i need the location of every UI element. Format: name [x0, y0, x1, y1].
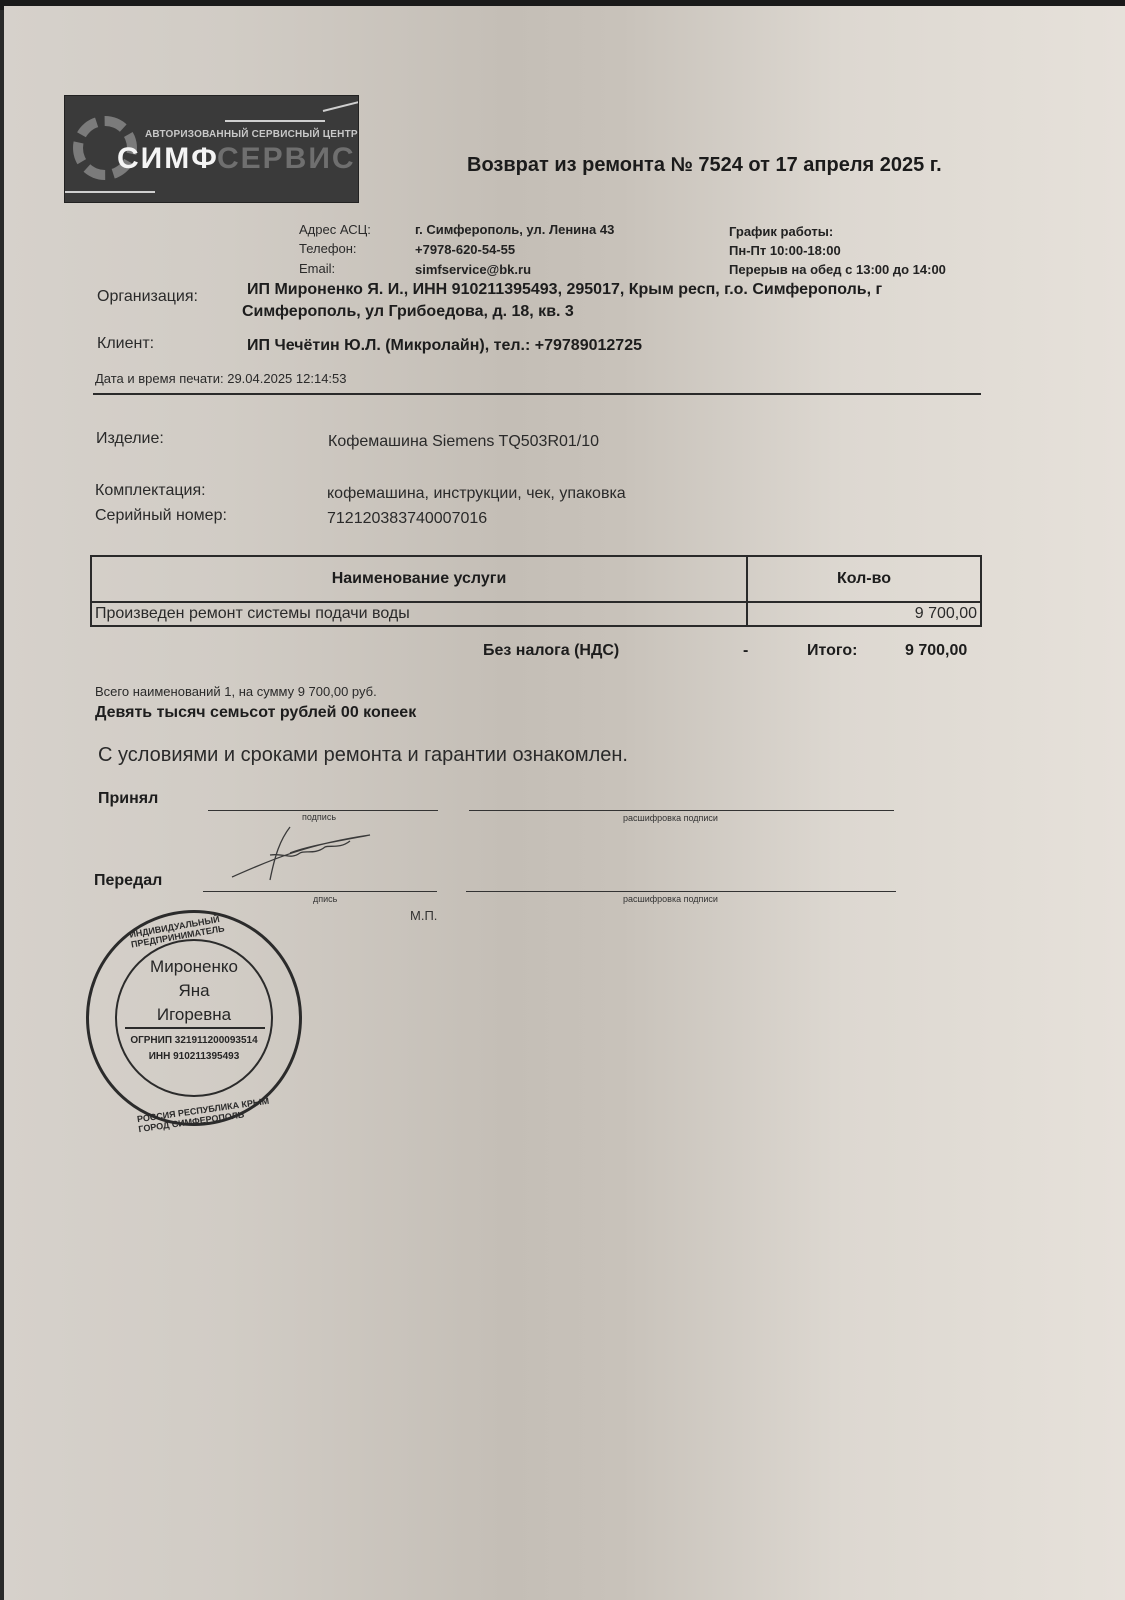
items-count-summary: Всего наименований 1, на сумму 9 700,00 …	[95, 684, 377, 699]
item-value: Кофемашина Siemens TQ503R01/10	[328, 433, 599, 451]
service-name-cell: Произведен ремонт системы подачи воды	[91, 602, 747, 626]
decoding-caption: расшифровка подписи	[623, 894, 718, 904]
column-header-service: Наименование услуги	[91, 556, 747, 602]
total-value: 9 700,00	[905, 642, 967, 660]
stamp-name-line1: Мироненко	[89, 957, 299, 977]
email-value: simfservice@bk.ru	[415, 262, 531, 277]
handwritten-signature	[230, 825, 380, 885]
stamp-inn: ИНН 910211395493	[89, 1051, 299, 1062]
schedule-value: Пн-Пт 10:00-18:00	[729, 243, 841, 258]
decoding-caption: расшифровка подписи	[623, 813, 718, 823]
column-header-amount: Кол-во	[747, 556, 981, 602]
handed-signature-line	[203, 891, 437, 892]
agreement-statement: С условиями и сроками ремонта и гарантии…	[98, 744, 628, 767]
address-value: г. Симферополь, ул. Ленина 43	[415, 222, 614, 237]
client-label: Клиент:	[97, 335, 154, 353]
serial-label: Серийный номер:	[95, 507, 227, 525]
logo-name-part1: СИМФ	[117, 142, 219, 176]
accepted-decoding-line	[469, 810, 894, 811]
circuit-decoration	[225, 120, 325, 122]
serial-value: 712120383740007016	[327, 510, 487, 528]
item-label: Изделие:	[96, 430, 164, 448]
circuit-decoration	[65, 191, 155, 193]
total-label: Итого:	[807, 642, 857, 660]
lunch-break: Перерыв на обед с 13:00 до 14:00	[729, 262, 946, 277]
handed-over-label: Передал	[94, 872, 162, 890]
table-header-row: Наименование услуги Кол-во	[91, 556, 981, 602]
company-stamp: ИНДИВИДУАЛЬНЫЙ ПРЕДПРИНИМАТЕЛЬ Мироненко…	[86, 910, 302, 1126]
signature-caption-partial: дпись	[313, 894, 337, 904]
kit-value: кофемашина, инструкции, чек, упаковка	[327, 485, 626, 503]
circuit-decoration	[323, 100, 359, 112]
organization-line1: ИП Мироненко Я. И., ИНН 910211395493, 29…	[247, 281, 882, 299]
divider	[93, 393, 981, 395]
company-logo: АВТОРИЗОВАННЫЙ СЕРВИСНЫЙ ЦЕНТР СИМФ СЕРВ…	[64, 95, 359, 203]
email-label: Email:	[299, 261, 335, 276]
logo-name-part2: СЕРВИС	[217, 142, 356, 176]
signature-caption: подпись	[302, 812, 336, 822]
amount-in-words: Девять тысяч семьсот рублей 00 копеек	[95, 704, 416, 722]
tax-value: -	[743, 642, 748, 660]
table-row: Произведен ремонт системы подачи воды 9 …	[91, 602, 981, 626]
stamp-name-line2: Яна	[89, 981, 299, 1001]
accepted-by-label: Принял	[98, 790, 158, 808]
tax-label: Без налога (НДС)	[483, 642, 619, 660]
organization-line2: Симферополь, ул Грибоедова, д. 18, кв. 3	[242, 303, 574, 321]
phone-value: +7978-620-54-55	[415, 242, 515, 257]
logo-tagline: АВТОРИЗОВАННЫЙ СЕРВИСНЫЙ ЦЕНТР	[145, 129, 358, 140]
accepted-signature-line	[208, 810, 438, 811]
document-page	[4, 6, 1125, 1600]
stamp-ogrnip: ОГРНИП 321911200093514	[89, 1035, 299, 1046]
document-title: Возврат из ремонта № 7524 от 17 апреля 2…	[467, 154, 942, 177]
address-label: Адрес АСЦ:	[299, 222, 371, 237]
client-value: ИП Чечётин Ю.Л. (Микролайн), тел.: +7978…	[247, 337, 642, 355]
organization-label: Организация:	[97, 288, 198, 306]
schedule-label: График работы:	[729, 224, 833, 239]
services-table: Наименование услуги Кол-во Произведен ре…	[90, 555, 982, 627]
kit-label: Комплектация:	[95, 482, 206, 500]
service-amount-cell: 9 700,00	[747, 602, 981, 626]
phone-label: Телефон:	[299, 241, 357, 256]
print-datetime: Дата и время печати: 29.04.2025 12:14:53	[95, 371, 347, 386]
handed-decoding-line	[466, 891, 896, 892]
stamp-divider	[125, 1027, 265, 1029]
stamp-name-line3: Игоревна	[89, 1005, 299, 1025]
seal-placeholder: М.П.	[410, 908, 437, 923]
